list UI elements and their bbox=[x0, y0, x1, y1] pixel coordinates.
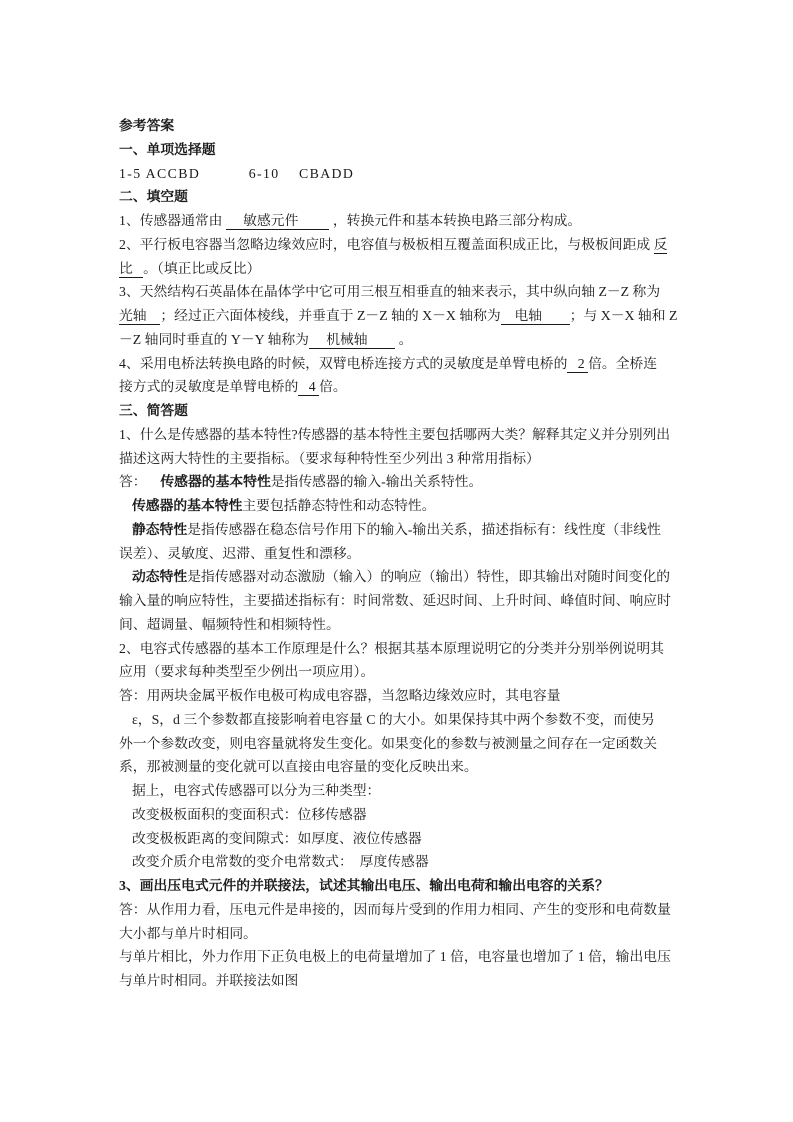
emphasis-run: 参考答案 bbox=[119, 118, 174, 133]
answer-line: 与单片时相同。并联接法如图 bbox=[119, 969, 677, 993]
short-answer-q2-cont: 应用（要求每种类型至少例出一项应用）。 bbox=[119, 660, 677, 684]
answer-line: 据上，电容式传感器可以分为三种类型： bbox=[119, 779, 677, 803]
text-run: 是指传感器在稳态信号作用下的输入-输出关系，描述指标有：线性度（非线性 bbox=[187, 522, 661, 537]
text-run: 据上，电容式传感器可以分为三种类型： bbox=[132, 783, 380, 798]
emphasis-run: 一、单项选择题 bbox=[119, 142, 216, 157]
emphasis-run: 3、画出压电式元件的并联接法，试述其输出电压、输出电荷和输出电容的关系？ bbox=[119, 878, 609, 893]
answer-line: 外一个参数改变，则电容量就将发生变化。如果变化的参数与被测量之间存在一定函数关 bbox=[119, 732, 677, 756]
text-run: 是指传感器的输入-输出关系特性。 bbox=[271, 474, 483, 489]
fill-blank-q2: 2、平行板电容器当忽略边缘效应时，电容值与极板相互覆盖面积成正比，与极板间距成 … bbox=[119, 233, 677, 257]
answer-line: 输入量的响应特性，主要描述指标有：时间常数、延迟时间、上升时间、峰值时间、响应时 bbox=[119, 589, 677, 613]
emphasis-run: 传感器的基本特性 bbox=[132, 498, 242, 513]
answer-line: ε，S，d 三个参数都直接影响着电容量 C 的大小。如果保持其中两个参数不变，而… bbox=[119, 708, 677, 732]
emphasis-run: 传感器的基本特性 bbox=[160, 474, 270, 489]
text-run: 1、传感器通常由 bbox=[119, 213, 226, 228]
text-run: 是指传感器对动态激励（输入）的响应（输出）特性，即其输出对随时间变化的 bbox=[187, 569, 670, 584]
text-run: 倍。 bbox=[319, 379, 347, 394]
fill-blank-q3-cont2: －Z 轴同时垂直的 Y－Y 轴称为 机械轴 。 bbox=[119, 328, 677, 352]
fill-blank-q3: 3、天然结构石英晶体在晶体学中它可用三根互相垂直的轴来表示，其中纵向轴 Z－Z … bbox=[119, 280, 677, 304]
text-run: 3、天然结构石英晶体在晶体学中它可用三根互相垂直的轴来表示，其中纵向轴 Z－Z … bbox=[119, 284, 660, 299]
emphasis-run: 静态特性 bbox=[132, 522, 187, 537]
emphasis-run: 动态特性 bbox=[132, 569, 187, 584]
answer-line: 系，那被测量的变化就可以直接由电容量的变化反映出来。 bbox=[119, 755, 677, 779]
text-run: 1-5 ACCBD 6-10 CBADD bbox=[119, 166, 354, 181]
fill-blank-q4: 4、采用电桥法转换电路的时候，双臂电桥连接方式的灵敏度是单臂电桥的 2 倍。全桥… bbox=[119, 352, 677, 376]
choice-answers: 1-5 ACCBD 6-10 CBADD bbox=[119, 162, 677, 186]
text-run: 答： bbox=[119, 474, 160, 489]
text-run: 1、什么是传感器的基本特性?传感器的基本特性主要包括哪两大类？解释其定义并分别列… bbox=[119, 427, 670, 442]
text-run: 外一个参数改变，则电容量就将发生变化。如果变化的参数与被测量之间存在一定函数关 bbox=[119, 736, 657, 751]
text-run: 。 bbox=[395, 332, 412, 347]
fill-blank-q1: 1、传感器通常由 敏感元件 ，转换元件和基本转换电路三部分构成。 bbox=[119, 209, 677, 233]
text-run: 改变介质介电常数的变介电常数式： 厚度传感器 bbox=[132, 854, 429, 869]
section-heading: 二、填空题 bbox=[119, 185, 677, 209]
short-answer-q1: 1、什么是传感器的基本特性?传感器的基本特性主要包括哪两大类？解释其定义并分别列… bbox=[119, 423, 677, 447]
text-run: 与单片相比，外力作用下正负电极上的电荷量增加了 1 倍，电容量也增加了 1 倍，… bbox=[119, 949, 671, 964]
question-heading: 3、画出压电式元件的并联接法，试述其输出电压、输出电荷和输出电容的关系？ bbox=[119, 874, 677, 898]
text-run: 大小都与单片时相同。 bbox=[119, 926, 257, 941]
blank-answer: 比 bbox=[119, 261, 143, 278]
text-run: 答：从作用力看，压电元件是串接的，因而每片受到的作用力相同、产生的变形和电荷数量 bbox=[119, 902, 671, 917]
answer-line: 静态特性是指传感器在稳态信号作用下的输入-输出关系，描述指标有：线性度（非线性 bbox=[119, 518, 677, 542]
answer-line: 改变介质介电常数的变介电常数式： 厚度传感器 bbox=[119, 850, 677, 874]
blank-answer: 2 bbox=[567, 356, 588, 373]
text-run: 主要包括静态特性和动态特性。 bbox=[242, 498, 435, 513]
section-heading: 一、单项选择题 bbox=[119, 138, 677, 162]
text-run: 输入量的响应特性，主要描述指标有：时间常数、延迟时间、上升时间、峰值时间、响应时 bbox=[119, 593, 671, 608]
text-run: 描述这两大特性的主要指标。（要求每种特性至少列出 3 种常用指标） bbox=[119, 451, 540, 466]
short-answer-q1-cont: 描述这两大特性的主要指标。（要求每种特性至少列出 3 种常用指标） bbox=[119, 447, 677, 471]
blank-answer: 敏感元件 bbox=[226, 213, 329, 230]
text-run: ；经过正六面体棱线，并垂直于 Z－Z 轴的 X－X 轴称为 bbox=[160, 308, 500, 323]
text-run: 应用（要求每种类型至少例出一项应用）。 bbox=[119, 664, 374, 679]
answer-line: 与单片相比，外力作用下正负电极上的电荷量增加了 1 倍，电容量也增加了 1 倍，… bbox=[119, 945, 677, 969]
text-run: 4、采用电桥法转换电路的时候，双臂电桥连接方式的灵敏度是单臂电桥的 bbox=[119, 356, 567, 371]
emphasis-run: 三、简答题 bbox=[119, 403, 188, 418]
blank-answer: 电轴 bbox=[501, 308, 570, 325]
text-run: 2、电容式传感器的基本工作原理是什么？根据其基本原理说明它的分类并分别举例说明其 bbox=[119, 641, 664, 656]
answer-line: 间、超调量、幅频特性和相频特性。 bbox=[119, 613, 677, 637]
fill-blank-q3-cont: 光轴 ；经过正六面体棱线，并垂直于 Z－Z 轴的 X－X 轴称为 电轴 ；与 X… bbox=[119, 304, 677, 328]
answer-line: 误差）、灵敏度、迟滞、重复性和漂移。 bbox=[119, 542, 677, 566]
section-heading: 三、简答题 bbox=[119, 399, 677, 423]
short-answer-q2: 2、电容式传感器的基本工作原理是什么？根据其基本原理说明它的分类并分别举例说明其 bbox=[119, 637, 677, 661]
answer-line: 改变极板面积的变面积式：位移传感器 bbox=[119, 803, 677, 827]
document-content: 参考答案一、单项选择题1-5 ACCBD 6-10 CBADD二、填空题1、传感… bbox=[0, 0, 793, 993]
text-run: 2、平行板电容器当忽略边缘效应时，电容值与极板相互覆盖面积成正比，与极板间距成 bbox=[119, 237, 654, 252]
fill-blank-q4-cont: 接方式的灵敏度是单臂电桥的 4 倍。 bbox=[119, 375, 677, 399]
answer-line: 传感器的基本特性主要包括静态特性和动态特性。 bbox=[119, 494, 677, 518]
text-run: 改变极板面积的变面积式：位移传感器 bbox=[132, 807, 367, 822]
document-title: 参考答案 bbox=[119, 114, 677, 138]
fill-blank-q2-cont: 比 。（填正比或反比） bbox=[119, 257, 677, 281]
text-run: 误差）、灵敏度、迟滞、重复性和漂移。 bbox=[119, 546, 360, 561]
answer-line: 大小都与单片时相同。 bbox=[119, 922, 677, 946]
answer-line: 动态特性是指传感器对动态激励（输入）的响应（输出）特性，即其输出对随时间变化的 bbox=[119, 565, 677, 589]
blank-answer: 机械轴 bbox=[309, 332, 395, 349]
text-run: ε，S，d 三个参数都直接影响着电容量 C 的大小。如果保持其中两个参数不变，而… bbox=[132, 712, 655, 727]
text-run: 与单片时相同。并联接法如图 bbox=[119, 973, 298, 988]
text-run: 间、超调量、幅频特性和相频特性。 bbox=[119, 617, 340, 632]
document-page: 参考答案一、单项选择题1-5 ACCBD 6-10 CBADD二、填空题1、传感… bbox=[0, 0, 793, 1122]
text-run: 接方式的灵敏度是单臂电桥的 bbox=[119, 379, 298, 394]
text-run: 答：用两块金属平板作电极可构成电容器，当忽略边缘效应时，其电容量 bbox=[119, 688, 561, 703]
answer-line: 答：用两块金属平板作电极可构成电容器，当忽略边缘效应时，其电容量 bbox=[119, 684, 677, 708]
answer-line: 改变极板距离的变间隙式：如厚度、液位传感器 bbox=[119, 827, 677, 851]
text-run: 系，那被测量的变化就可以直接由电容量的变化反映出来。 bbox=[119, 759, 478, 774]
answer-line: 答： 传感器的基本特性是指传感器的输入-输出关系特性。 bbox=[119, 470, 677, 494]
text-run: 。（填正比或反比） bbox=[143, 261, 260, 276]
blank-answer: 反 bbox=[654, 237, 668, 254]
blank-answer: 4 bbox=[298, 379, 319, 396]
text-run: ，转换元件和基本转换电路三部分构成。 bbox=[329, 213, 581, 228]
emphasis-run: 二、填空题 bbox=[119, 189, 188, 204]
blank-answer: 光轴 bbox=[119, 308, 160, 325]
text-run: －Z 轴同时垂直的 Y－Y 轴称为 bbox=[119, 332, 309, 347]
text-run: 倍。全桥连 bbox=[588, 356, 657, 371]
text-run: ；与 X－X 轴和 Z bbox=[570, 308, 678, 323]
answer-line: 答：从作用力看，压电元件是串接的，因而每片受到的作用力相同、产生的变形和电荷数量 bbox=[119, 898, 677, 922]
text-run: 改变极板距离的变间隙式：如厚度、液位传感器 bbox=[132, 831, 422, 846]
